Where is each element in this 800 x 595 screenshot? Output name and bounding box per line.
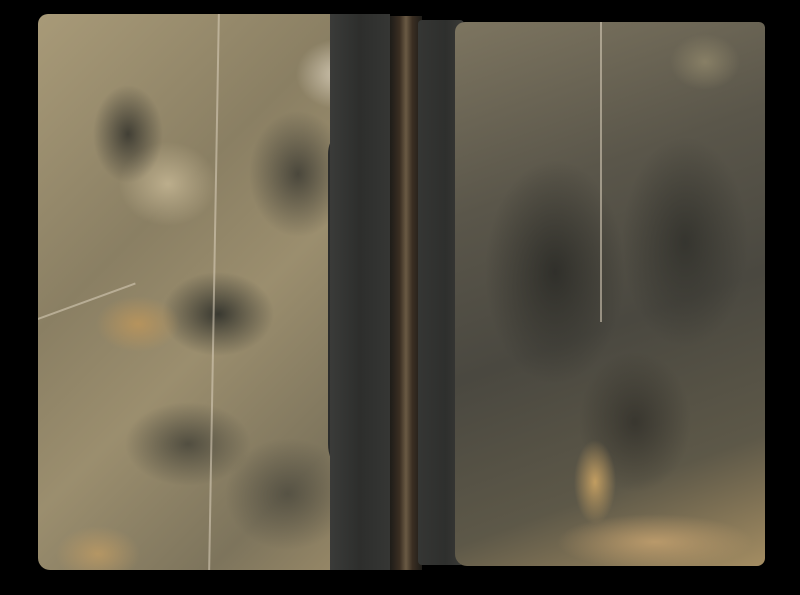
crack-line bbox=[38, 283, 136, 326]
spine-cloth-left bbox=[330, 14, 390, 570]
crack-line bbox=[600, 22, 602, 322]
book-back-board bbox=[455, 22, 765, 566]
crack-line bbox=[208, 14, 220, 570]
